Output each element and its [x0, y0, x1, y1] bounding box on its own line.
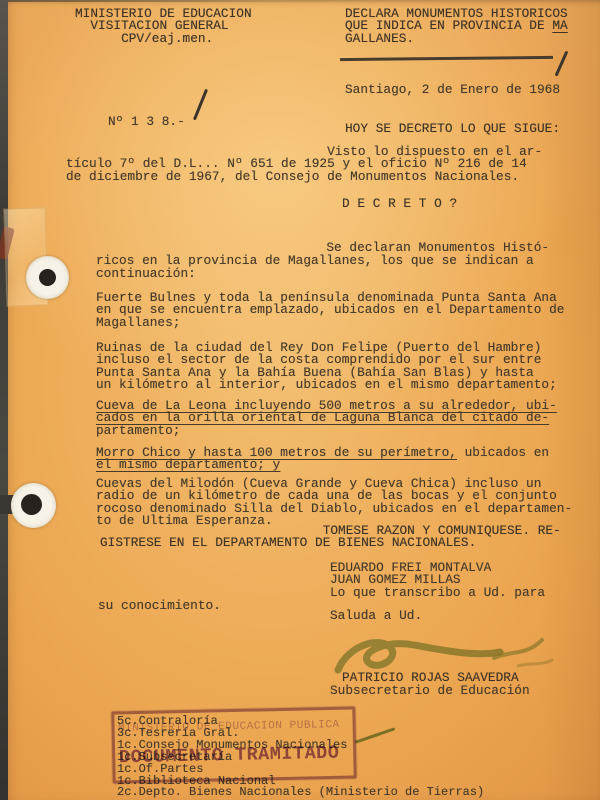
scanner-left-edge — [0, 0, 8, 800]
pen-check-mark — [555, 51, 568, 77]
decree-intro: HOY SE DECRETO LO QUE SIGUE: — [345, 123, 560, 135]
paragraph-ruinas-rey-don-felipe: Ruinas de la ciudad del Rey Don Felipe (… — [96, 342, 557, 392]
paragraph-fuerte-bulnes: Fuerte Bulnes y toda la península denomi… — [96, 292, 564, 329]
paragraph-cuevas-milodon: Cuevas del Milodón (Cueva Grande y Cueva… — [96, 478, 572, 528]
paragraph-declaran: Se declaran Monumentos Histó- ricos en l… — [96, 241, 549, 280]
scanned-document-page: MINISTERIO DE EDUCACION VISITACION GENER… — [0, 0, 600, 800]
scanner-top-edge — [0, 0, 600, 2]
salutation: Saluda a Ud. — [330, 610, 422, 622]
decreto-word: D E C R E T O ? — [342, 198, 457, 210]
letterhead-ministry: MINISTERIO DE EDUCACION VISITACION GENER… — [75, 8, 252, 45]
date-line: Santiago, 2 de Enero de 1968 — [345, 84, 560, 96]
heading-rule — [340, 56, 553, 61]
paragraph-morro-chico: Morro Chico y hasta 100 metros de su per… — [96, 447, 549, 472]
paragraph-visto: Visto lo dispuesto en el ar- tículo 7º d… — [66, 146, 542, 183]
punch-hole — [21, 494, 42, 515]
closing-left-line: su conocimiento. — [98, 600, 221, 612]
signers-block: EDUARDO FREI MONTALVA JUAN GOMEZ MILLAS … — [330, 562, 545, 599]
paragraph-tomese-razon: TOMESE RAZON Y COMUNIQUESE. RE- GISTRESE… — [100, 525, 561, 550]
subsecretary-title: Subsecretario de Educación — [330, 685, 530, 697]
pen-slash-mark — [193, 89, 208, 121]
paragraph-cueva-la-leona: Cueva de La Leona incluyendo 500 metros … — [96, 400, 557, 437]
subject-heading: DECLARA MONUMENTOS HISTORICOS QUE INDICA… — [345, 8, 568, 45]
punch-hole — [39, 269, 56, 286]
decree-number: Nº 1 3 8.- — [108, 116, 185, 128]
